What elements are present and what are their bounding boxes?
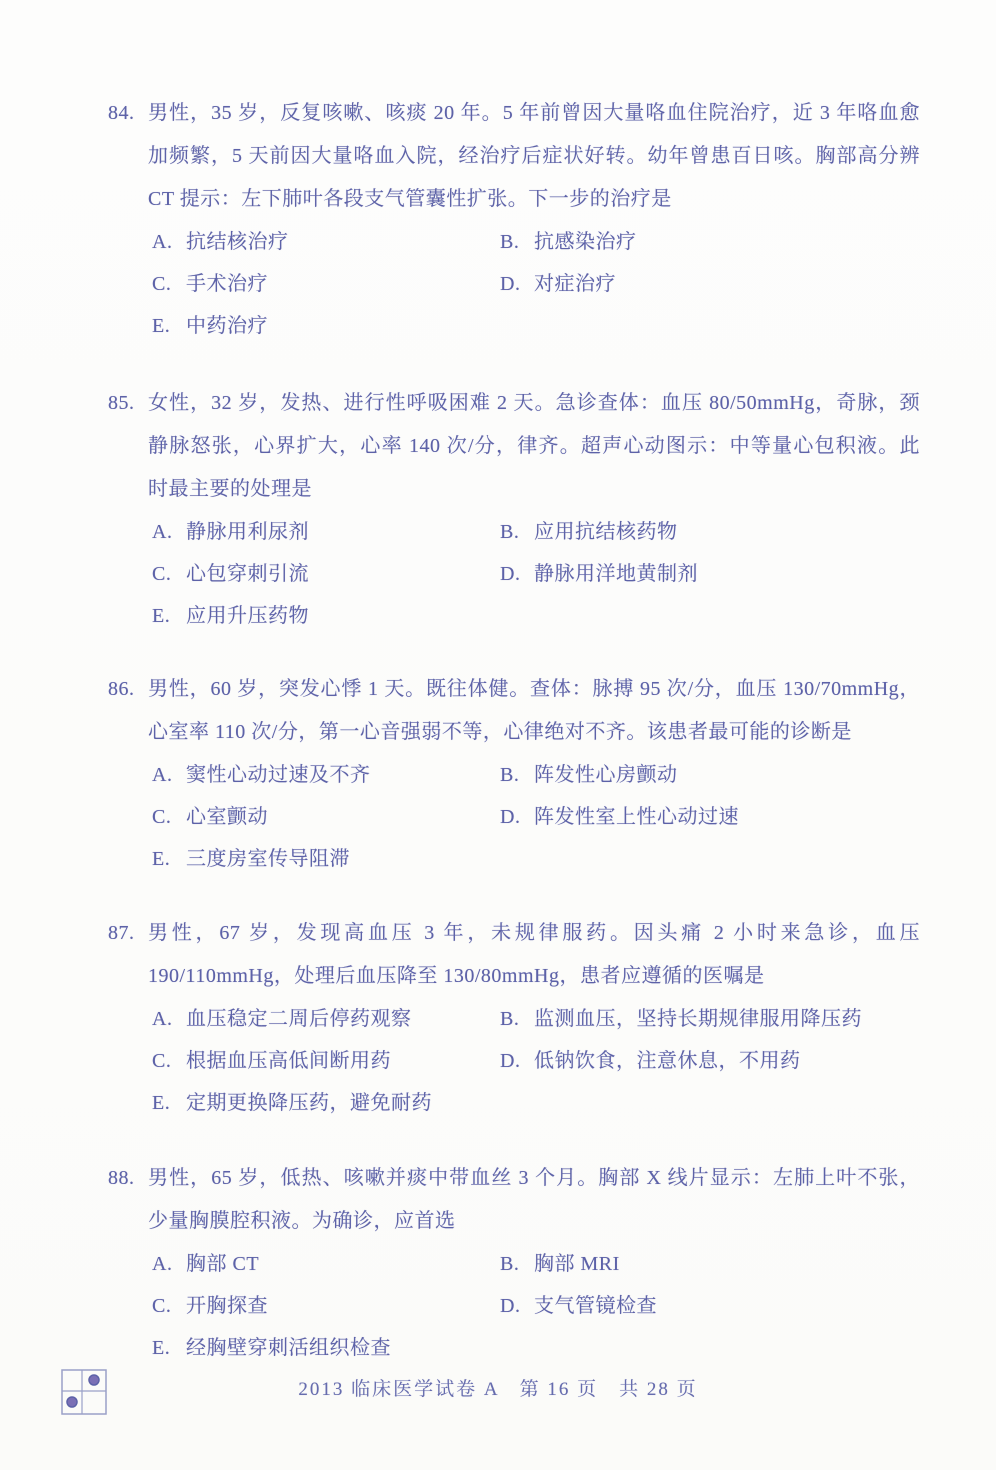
option-text: 心室颤动 xyxy=(186,796,268,838)
option-text: 阵发性室上性心动过速 xyxy=(534,796,739,838)
option-key: A. xyxy=(152,754,186,796)
option-D: D. 阵发性室上性心动过速 xyxy=(500,796,920,838)
option-text: 血压稳定二周后停药观察 xyxy=(186,998,412,1040)
option-E: E. 中药治疗 xyxy=(152,305,500,347)
stem-line: 心室率 110 次/分，第一心音强弱不等，心律绝对不齐。该患者最可能的诊断是 xyxy=(148,711,920,754)
option-key: D. xyxy=(500,1285,534,1327)
option-key: B. xyxy=(500,1243,534,1285)
option-row: E. 中药治疗 xyxy=(152,305,920,347)
question-number: 84. xyxy=(108,92,148,135)
option-row: C. 开胸探查 D. 支气管镜检查 xyxy=(152,1285,920,1327)
options-list: A. 静脉用利尿剂 B. 应用抗结核药物 C. 心包穿刺引流 D. 静脉用洋地黄… xyxy=(108,511,920,637)
option-row: A. 抗结核治疗 B. 抗感染治疗 xyxy=(152,221,920,263)
option-text: 应用抗结核药物 xyxy=(534,511,678,553)
stem-line: 静脉怒张，心界扩大，心率 140 次/分，律齐。超声心动图示：中等量心包积液。此 xyxy=(148,425,920,468)
option-row: C. 心包穿刺引流 D. 静脉用洋地黄制剂 xyxy=(152,553,920,595)
option-key: A. xyxy=(152,1243,186,1285)
option-row: C. 根据血压高低间断用药 D. 低钠饮食，注意休息，不用药 xyxy=(152,1040,920,1082)
option-key: D. xyxy=(500,796,534,838)
options-list: A. 窦性心动过速及不齐 B. 阵发性心房颤动 C. 心室颤动 D. 阵发性室上… xyxy=(108,754,920,880)
scanned-exam-page: 84. 男性，35 岁，反复咳嗽、咳痰 20 年。5 年前曾因大量咯血住院治疗，… xyxy=(0,0,996,1470)
stem-line: 男性，65 岁，低热、咳嗽并痰中带血丝 3 个月。胸部 X 线片显示：左肺上叶不… xyxy=(148,1157,920,1200)
option-B: B. 应用抗结核药物 xyxy=(500,511,920,553)
option-A: A. 血压稳定二周后停药观察 xyxy=(152,998,500,1040)
option-key: C. xyxy=(152,1285,186,1327)
stem-line: 女性，32 岁，发热、进行性呼吸困难 2 天。急诊查体：血压 80/50mmHg… xyxy=(148,382,920,425)
question-stem: 男性，65 岁，低热、咳嗽并痰中带血丝 3 个月。胸部 X 线片显示：左肺上叶不… xyxy=(108,1157,920,1243)
options-list: A. 胸部 CT B. 胸部 MRI C. 开胸探查 D. 支气管镜检查 xyxy=(108,1243,920,1369)
option-row: C. 手术治疗 D. 对症治疗 xyxy=(152,263,920,305)
option-text: 抗结核治疗 xyxy=(186,221,289,263)
question-88: 88. 男性，65 岁，低热、咳嗽并痰中带血丝 3 个月。胸部 X 线片显示：左… xyxy=(108,1157,920,1369)
question-85: 85. 女性，32 岁，发热、进行性呼吸困难 2 天。急诊查体：血压 80/50… xyxy=(108,382,920,637)
option-C: C. 开胸探查 xyxy=(152,1285,500,1327)
options-list: A. 血压稳定二周后停药观察 B. 监测血压，坚持长期规律服用降压药 C. 根据… xyxy=(108,998,920,1124)
option-text: 静脉用洋地黄制剂 xyxy=(534,553,698,595)
option-A: A. 抗结核治疗 xyxy=(152,221,500,263)
stem-line: 190/110mmHg，处理后血压降至 130/80mmHg，患者应遵循的医嘱是 xyxy=(148,955,920,998)
question-stem: 男性，35 岁，反复咳嗽、咳痰 20 年。5 年前曾因大量咯血住院治疗，近 3 … xyxy=(108,92,920,221)
option-key: A. xyxy=(152,221,186,263)
option-B: B. 胸部 MRI xyxy=(500,1243,920,1285)
options-list: A. 抗结核治疗 B. 抗感染治疗 C. 手术治疗 D. 对症治疗 xyxy=(108,221,920,347)
stem-line: 男性，67 岁，发现高血压 3 年，未规律服药。因头痛 2 小时来急诊，血压 xyxy=(148,912,920,955)
option-text: 根据血压高低间断用药 xyxy=(186,1040,391,1082)
option-key: E. xyxy=(152,838,186,880)
option-C: C. 心包穿刺引流 xyxy=(152,553,500,595)
option-A: A. 胸部 CT xyxy=(152,1243,500,1285)
option-text: 胸部 CT xyxy=(186,1243,259,1285)
option-key: A. xyxy=(152,998,186,1040)
option-text: 三度房室传导阻滞 xyxy=(186,838,350,880)
option-key: B. xyxy=(500,511,534,553)
option-text: 中药治疗 xyxy=(186,305,268,347)
option-text: 手术治疗 xyxy=(186,263,268,305)
option-text: 静脉用利尿剂 xyxy=(186,511,309,553)
option-text: 胸部 MRI xyxy=(534,1243,620,1285)
option-C: C. 根据血压高低间断用药 xyxy=(152,1040,500,1082)
option-text: 心包穿刺引流 xyxy=(186,553,309,595)
stem-line: 男性，35 岁，反复咳嗽、咳痰 20 年。5 年前曾因大量咯血住院治疗，近 3 … xyxy=(148,92,920,135)
option-key: E. xyxy=(152,1327,186,1369)
option-text: 开胸探查 xyxy=(186,1285,268,1327)
option-C: C. 心室颤动 xyxy=(152,796,500,838)
option-key: C. xyxy=(152,1040,186,1082)
stem-line: 加频繁，5 天前因大量咯血入院，经治疗后症状好转。幼年曾患百日咳。胸部高分辨 xyxy=(148,135,920,178)
option-text: 监测血压，坚持长期规律服用降压药 xyxy=(534,998,862,1040)
option-row: E. 经胸壁穿刺活组织检查 xyxy=(152,1327,920,1369)
option-B: B. 抗感染治疗 xyxy=(500,221,920,263)
question-number: 88. xyxy=(108,1157,148,1200)
option-text: 支气管镜检查 xyxy=(534,1285,657,1327)
option-key: D. xyxy=(500,553,534,595)
option-text: 低钠饮食，注意休息，不用药 xyxy=(534,1040,801,1082)
option-B: B. 监测血压，坚持长期规律服用降压药 xyxy=(500,998,920,1040)
option-row: A. 血压稳定二周后停药观察 B. 监测血压，坚持长期规律服用降压药 xyxy=(152,998,920,1040)
option-row: E. 应用升压药物 xyxy=(152,595,920,637)
question-stem: 男性，67 岁，发现高血压 3 年，未规律服药。因头痛 2 小时来急诊，血压 1… xyxy=(108,912,920,998)
question-84: 84. 男性，35 岁，反复咳嗽、咳痰 20 年。5 年前曾因大量咯血住院治疗，… xyxy=(108,92,920,347)
option-E: E. 三度房室传导阻滞 xyxy=(152,838,500,880)
option-key: E. xyxy=(152,305,186,347)
question-number: 86. xyxy=(108,668,148,711)
option-E: E. 定期更换降压药，避免耐药 xyxy=(152,1082,500,1124)
question-87: 87. 男性，67 岁，发现高血压 3 年，未规律服药。因头痛 2 小时来急诊，… xyxy=(108,912,920,1124)
option-key: B. xyxy=(500,754,534,796)
option-row: A. 窦性心动过速及不齐 B. 阵发性心房颤动 xyxy=(152,754,920,796)
option-text: 阵发性心房颤动 xyxy=(534,754,678,796)
stem-line: 时最主要的处理是 xyxy=(148,468,920,511)
option-C: C. 手术治疗 xyxy=(152,263,500,305)
option-D: D. 支气管镜检查 xyxy=(500,1285,920,1327)
option-key: E. xyxy=(152,1082,186,1124)
question-stem: 男性，60 岁，突发心悸 1 天。既往体健。查体：脉搏 95 次/分，血压 13… xyxy=(108,668,920,754)
option-A: A. 窦性心动过速及不齐 xyxy=(152,754,500,796)
option-text: 定期更换降压药，避免耐药 xyxy=(186,1082,432,1124)
option-text: 抗感染治疗 xyxy=(534,221,637,263)
option-text: 窦性心动过速及不齐 xyxy=(186,754,371,796)
option-key: A. xyxy=(152,511,186,553)
option-E: E. 经胸壁穿刺活组织检查 xyxy=(152,1327,500,1369)
stem-line: 男性，60 岁，突发心悸 1 天。既往体健。查体：脉搏 95 次/分，血压 13… xyxy=(148,668,920,711)
question-86: 86. 男性，60 岁，突发心悸 1 天。既往体健。查体：脉搏 95 次/分，血… xyxy=(108,668,920,880)
option-A: A. 静脉用利尿剂 xyxy=(152,511,500,553)
option-key: D. xyxy=(500,263,534,305)
option-D: D. 静脉用洋地黄制剂 xyxy=(500,553,920,595)
option-B: B. 阵发性心房颤动 xyxy=(500,754,920,796)
stem-line: CT 提示：左下肺叶各段支气管囊性扩张。下一步的治疗是 xyxy=(148,178,920,221)
option-text: 应用升压药物 xyxy=(186,595,309,637)
option-key: B. xyxy=(500,998,534,1040)
page-footer: 2013 临床医学试卷 A 第 16 页 共 28 页 xyxy=(0,1374,996,1401)
option-text: 对症治疗 xyxy=(534,263,616,305)
option-key: D. xyxy=(500,1040,534,1082)
option-key: B. xyxy=(500,221,534,263)
option-key: C. xyxy=(152,263,186,305)
option-row: A. 胸部 CT B. 胸部 MRI xyxy=(152,1243,920,1285)
option-key: E. xyxy=(152,595,186,637)
stem-line: 少量胸膜腔积液。为确诊，应首选 xyxy=(148,1200,920,1243)
option-text: 经胸壁穿刺活组织检查 xyxy=(186,1327,391,1369)
option-E: E. 应用升压药物 xyxy=(152,595,500,637)
option-key: C. xyxy=(152,553,186,595)
option-key: C. xyxy=(152,796,186,838)
question-stem: 女性，32 岁，发热、进行性呼吸困难 2 天。急诊查体：血压 80/50mmHg… xyxy=(108,382,920,511)
option-row: E. 三度房室传导阻滞 xyxy=(152,838,920,880)
question-number: 87. xyxy=(108,912,148,955)
option-D: D. 对症治疗 xyxy=(500,263,920,305)
question-number: 85. xyxy=(108,382,148,425)
option-row: A. 静脉用利尿剂 B. 应用抗结核药物 xyxy=(152,511,920,553)
option-row: E. 定期更换降压药，避免耐药 xyxy=(152,1082,920,1124)
option-D: D. 低钠饮食，注意休息，不用药 xyxy=(500,1040,920,1082)
option-row: C. 心室颤动 D. 阵发性室上性心动过速 xyxy=(152,796,920,838)
